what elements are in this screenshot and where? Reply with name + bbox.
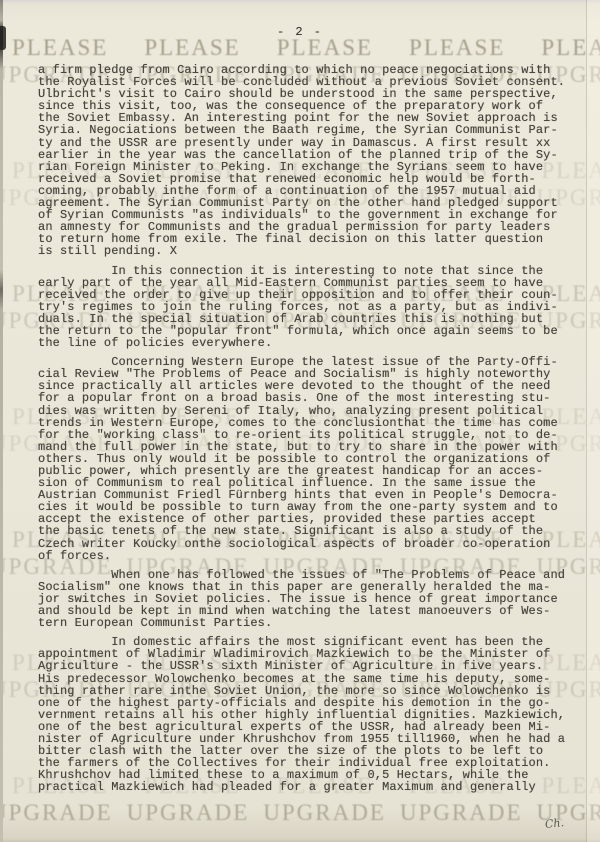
- paragraph-5: In domestic affairs the most significant…: [38, 636, 578, 793]
- handwritten-initial: Ch.: [544, 816, 564, 831]
- watermark-row-upgrade: UPGRADEUPGRADEUPGRADEUPGRADEUPGRADE: [0, 801, 600, 824]
- page-number: - 2 -: [0, 25, 600, 39]
- paragraph-2: In this connection it is interesting to …: [38, 265, 578, 350]
- scanned-document-page: PLEASEPLEASEPLEASEPLEASEPLEASEUPGRADEUPG…: [0, 0, 600, 842]
- watermark-word: PLEASE: [409, 36, 505, 59]
- watermark-word: PLEASE: [12, 36, 108, 59]
- watermark-row-please: PLEASEPLEASEPLEASEPLEASEPLEASE: [12, 36, 600, 59]
- paragraph-1: a firm pledge from Cairo according to wh…: [38, 64, 578, 258]
- watermark-word: UPGRADE: [0, 801, 113, 824]
- scan-edge-mark: [0, 26, 6, 50]
- watermark-word: UPGRADE: [400, 801, 523, 824]
- scan-right-edge-line: [586, 0, 587, 842]
- watermark-word: UPGRADE: [263, 801, 386, 824]
- paragraph-4: When one has followed the issues of "The…: [38, 569, 578, 629]
- scan-right-margin: [587, 0, 600, 842]
- watermark-word: UPGRADE: [127, 801, 250, 824]
- watermark-word: PLEASE: [144, 36, 240, 59]
- watermark-word: PLEASE: [277, 36, 373, 59]
- scan-left-edge-artifact: [0, 0, 3, 842]
- document-text: a firm pledge from Cairo according to wh…: [38, 64, 578, 793]
- paragraph-3: Concerning Western Europe the latest iss…: [38, 356, 578, 562]
